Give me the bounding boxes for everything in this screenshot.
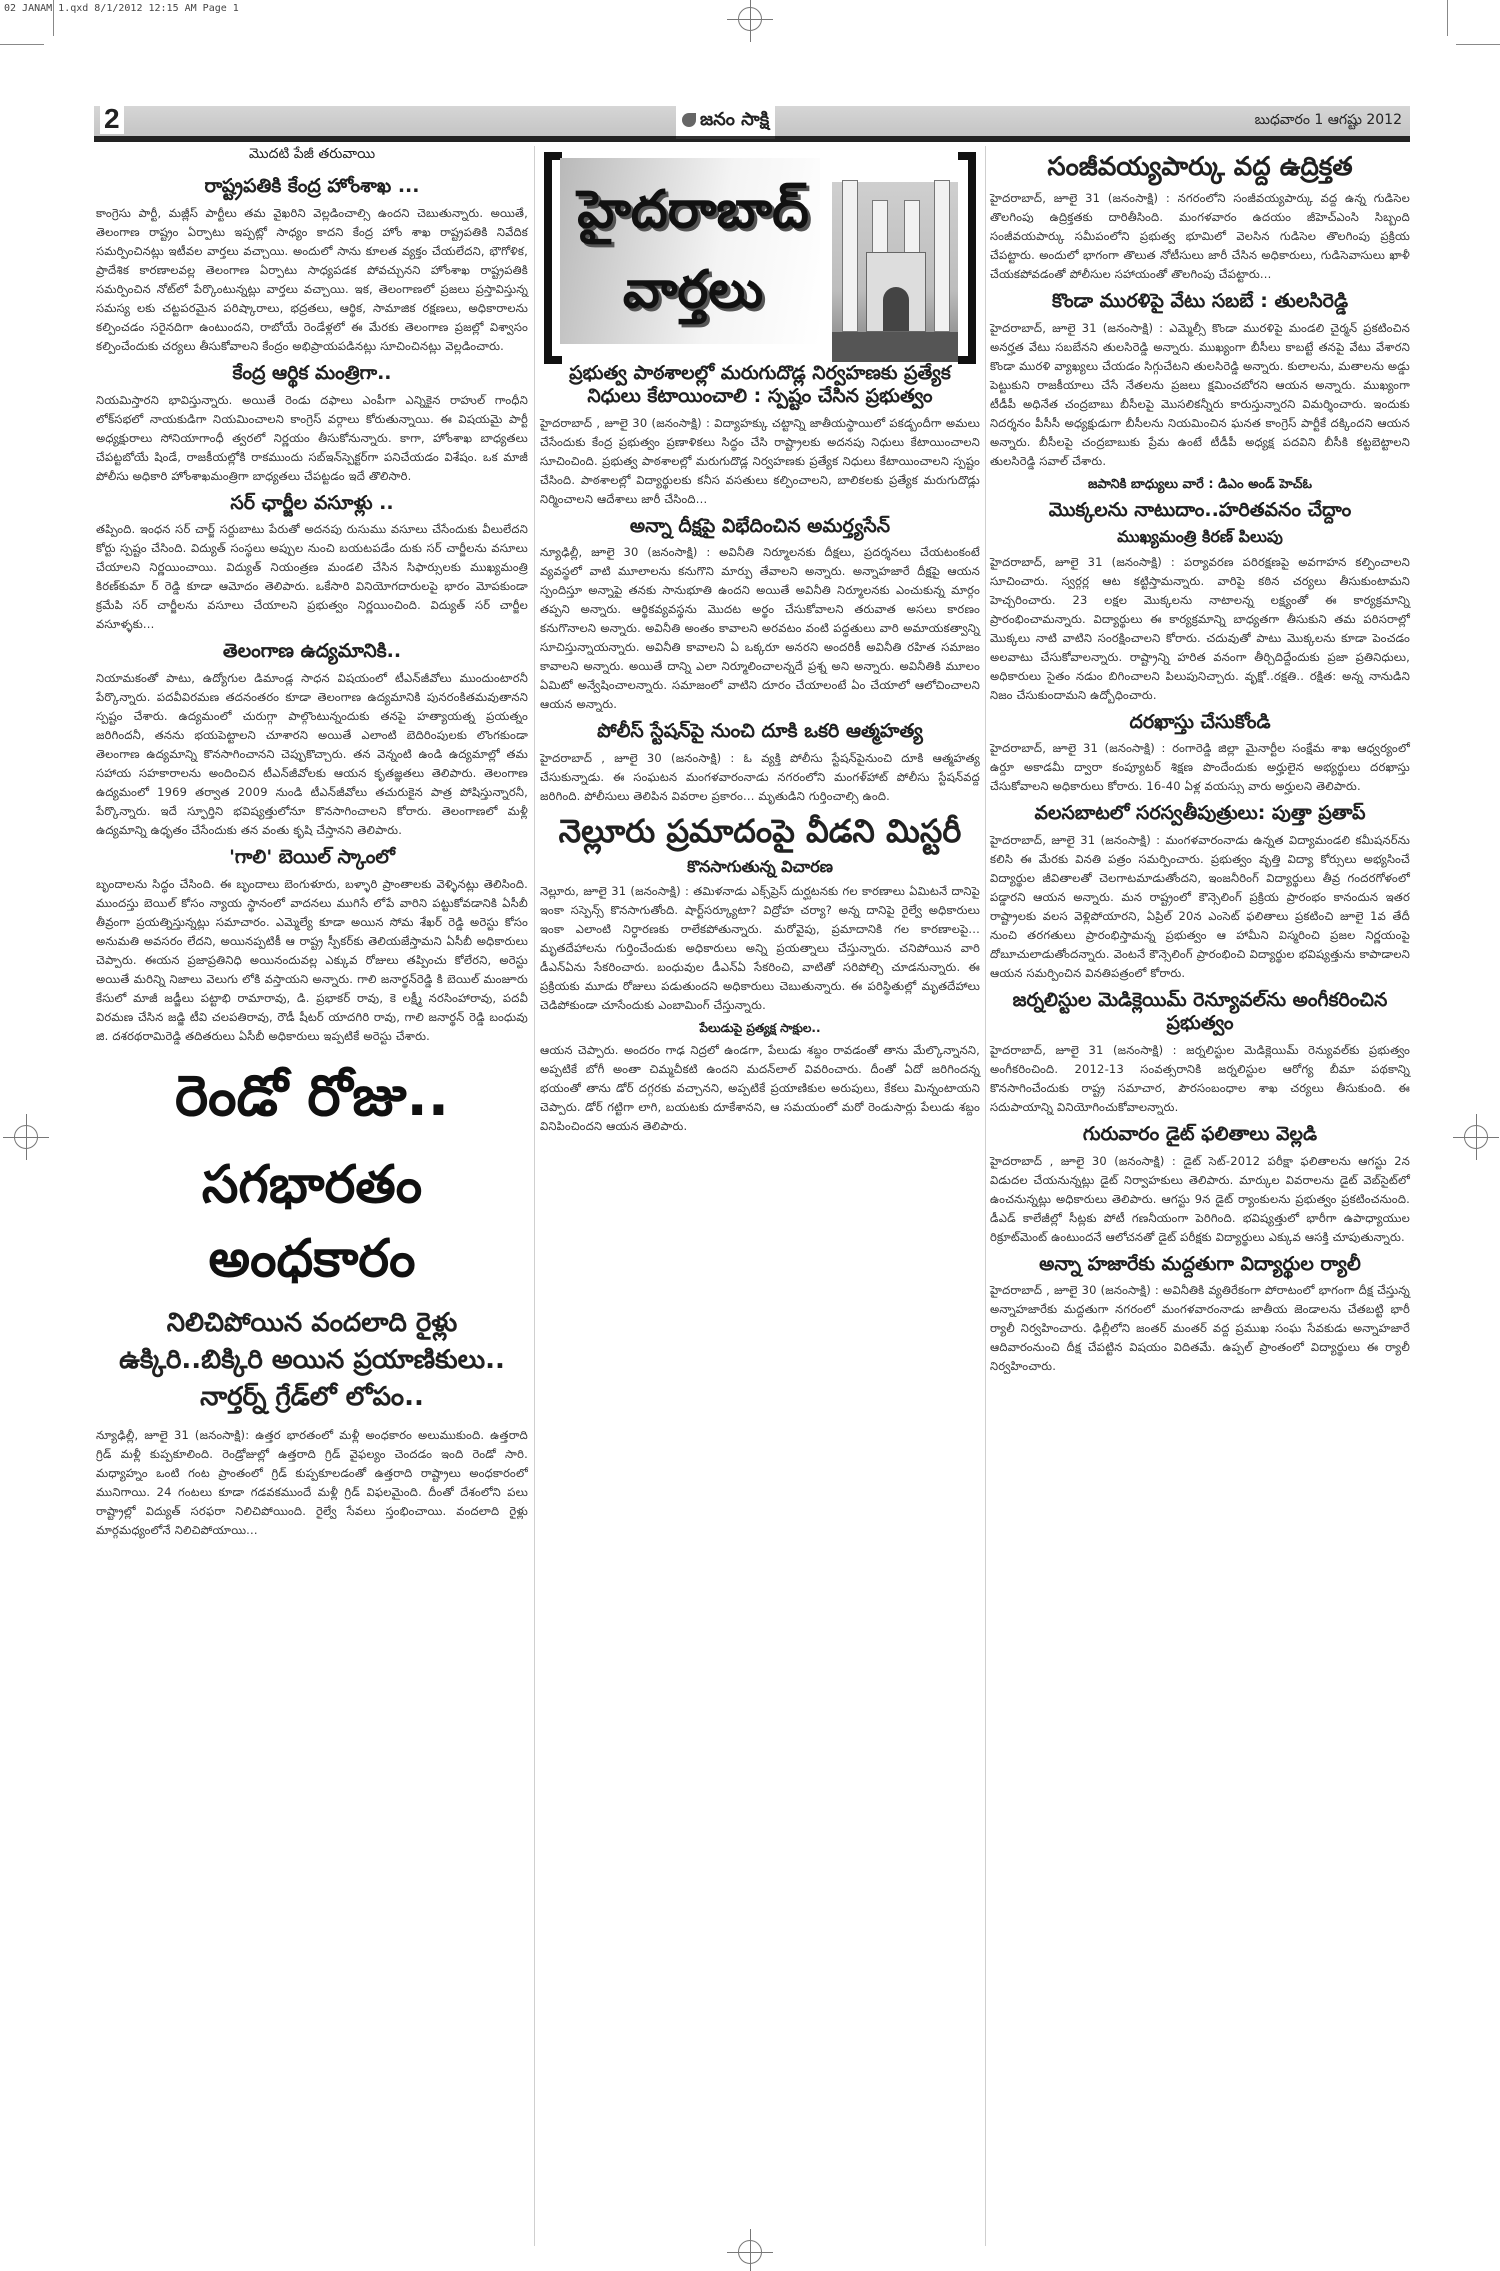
- article: నెల్లూరు ప్రమాదంపై వీడని మిస్టరీ కొనసాగు…: [540, 812, 980, 1015]
- lead-body: న్యూఢిల్లీ, జూలై 31 (జనంసాక్షి): ఉత్తర భ…: [96, 1426, 528, 1540]
- column-divider: [534, 146, 535, 2246]
- article: దరఖాస్తు చేసుకోండి హైదరాబాద్, జూలై 31 (జ…: [990, 711, 1410, 797]
- article-body: హైదరాబాద్, జూలై 31 (జనంసాక్షి) : జర్నలిస…: [990, 1041, 1410, 1117]
- article-headline: నెల్లూరు ప్రమాదంపై వీడని మిస్టరీ: [540, 812, 980, 850]
- article-headline: 'గాలి' బెయిల్ స్కాంలో: [96, 846, 528, 869]
- article-headline: పోలీస్ స్టేషన్‌పై నుంచి దూకి ఒకరి ఆత్మహత…: [540, 720, 980, 743]
- lead-headline-line1: రెండో రోజు..: [96, 1060, 528, 1134]
- issue-date: బుధవారం 1 ఆగష్టు 2012: [1255, 112, 1402, 131]
- charminar-photo: [832, 182, 958, 362]
- registration-mark-icon: [738, 7, 762, 31]
- article-body: న్యూఢిల్లీ, జూలై 30 (జనంసాక్షి) : అవినీత…: [540, 543, 980, 714]
- column-divider: [985, 146, 986, 2246]
- article-body: బృందాలను సిద్ధం చేసింది. ఈ బృందాలు బెంగు…: [96, 875, 528, 1046]
- article: 'గాలి' బెయిల్ స్కాంలో బృందాలను సిద్ధం చే…: [96, 846, 528, 1046]
- article-headline: మొక్కలను నాటుదాం..హరితవనం చేద్దాం: [990, 499, 1410, 522]
- article: ప్రభుత్వ పాఠశాలల్లో మరుగుదొడ్ల నిర్వహణకు…: [540, 362, 980, 509]
- lead-headline-line2: సగభారతం అంధకారం: [96, 1148, 528, 1296]
- article-body: హైదరాబాద్, జూలై 31 (జనంసాక్షి) : రంగారెడ…: [990, 739, 1410, 796]
- article: తెలంగాణ ఉద్యమానికి.. నియామకంతో పాటు, ఉద్…: [96, 640, 528, 840]
- article-headline: సంజీవయ్యపార్కు వద్ద ఉద్రిక్తత: [990, 152, 1410, 183]
- article: కేంద్ర ఆర్థిక మంత్రిగా.. నియమిస్తారని భా…: [96, 362, 528, 486]
- article-headline: వలసబాటలో సరస్వతీపుత్రులు: పుత్తా ప్రతాప్: [990, 802, 1410, 825]
- logo-emblem-icon: [682, 113, 696, 127]
- crop-mark: [53, 0, 54, 36]
- article-headline: రాష్ట్రపతికి కేంద్ర హోంశాఖ ...: [96, 175, 528, 198]
- article-headline: కొండా మురళిపై వేటు సబబే : తులసిరెడ్డి: [990, 290, 1410, 313]
- lead-subheadline: నార్తర్న్ గ్రేడ్‌లో లోపం..: [96, 1382, 528, 1413]
- article-body: ఆయన చెప్పారు. అందరం గాఢ నిద్రలో ఉండగా, ప…: [540, 1041, 980, 1136]
- newspaper-logo: జనం సాక్షి: [676, 106, 775, 139]
- bracket-right-icon: [958, 152, 976, 364]
- lead-subheadline: ఉక్కిరి..బిక్కిరి అయిన ప్రయాణికులు..: [96, 1345, 528, 1376]
- article-body: హైదరాబాద్ , జూలై 30 (జనంసాక్షి) : విద్యా…: [540, 414, 980, 509]
- article: వలసబాటలో సరస్వతీపుత్రులు: పుత్తా ప్రతాప్…: [990, 802, 1410, 983]
- article: కొండా మురళిపై వేటు సబబే : తులసిరెడ్డి హై…: [990, 290, 1410, 492]
- registration-mark-icon: [1464, 1125, 1488, 1149]
- print-slug: 02 JANAM 1.qxd 8/1/2012 12:15 AM Page 1: [4, 3, 239, 14]
- article-body: నియమిస్తారని భావిస్తున్నారు. అయితే రెండు…: [96, 391, 528, 486]
- article-headline: అన్నా దీక్షపై విభేదించిన అమర్త్యసేన్: [540, 515, 980, 538]
- article: సంజీవయ్యపార్కు వద్ద ఉద్రిక్తత హైదరాబాద్,…: [990, 152, 1410, 284]
- left-column: మొదటి పేజీ తరువాయి రాష్ట్రపతికి కేంద్ర హ…: [96, 146, 528, 1546]
- article-body: హైదరాబాద్, జూలై 31 (జనంసాక్షి) : నగరంలోన…: [990, 189, 1410, 284]
- article: అన్నా హజారేకు మద్దతుగా విద్యార్థుల ర్యాల…: [990, 1253, 1410, 1377]
- article-headline: దరఖాస్తు చేసుకోండి: [990, 711, 1410, 734]
- article-body: హైదరాబాద్, జూలై 31 (జనంసాక్షి) : ఎమ్మెల్…: [990, 319, 1410, 471]
- lead-story: రెండో రోజు.. సగభారతం అంధకారం నిలిచిపోయిన…: [96, 1060, 528, 1540]
- lead-subheadline: నిలిచిపోయిన వందలాది రైళ్లు: [96, 1308, 528, 1339]
- article-body: హైదరాబాద్ , జూలై 30 (జనంసాక్షి) : అవినీత…: [990, 1281, 1410, 1376]
- article-subheading: జపానికి బాధ్యులు వారే : డిఎం అండ్ హెచ్ఓ: [990, 477, 1410, 493]
- article-body: తప్పింది. ఇంధన సర్ చార్జ్ సర్దుబాటు పేరు…: [96, 520, 528, 634]
- article-body: హైదరాబాద్, జూలై 31 (జనంసాక్షి) : పర్యావర…: [990, 553, 1410, 705]
- article-body: కాంగ్రెసు పార్టీ, మజ్లీస్ పార్టీలు తమ వై…: [96, 204, 528, 356]
- article: పేలుడుపై ప్రత్యక్ష సాక్షుల.. ఆయన చెప్పార…: [540, 1021, 980, 1136]
- article: పోలీస్ స్టేషన్‌పై నుంచి దూకి ఒకరి ఆత్మహత…: [540, 720, 980, 806]
- article: అన్నా దీక్షపై విభేదించిన అమర్త్యసేన్ న్య…: [540, 515, 980, 715]
- article-headline: జర్నలిస్టుల మెడిక్లెయిమ్ రెన్యూవల్‌ను అం…: [990, 989, 1410, 1035]
- crop-mark: [1456, 44, 1500, 45]
- article-body: హైదరాబాద్ , జూలై 30 (జనంసాక్షి) : డైట్ స…: [990, 1152, 1410, 1247]
- article-body: హైదరాబాద్, జూలై 31 (జనంసాక్షి) : మంగళవార…: [990, 831, 1410, 983]
- middle-column: హైదరాబాద్ వార్తలు ప్రభుత్వ పాఠశాలల్లో మర…: [540, 146, 980, 1142]
- article-headline: ప్రభుత్వ పాఠశాలల్లో మరుగుదొడ్ల నిర్వహణకు…: [540, 362, 980, 408]
- article-body: నెల్లూరు, జూలై 31 (జనంసాక్షి) : తమిళనాడు…: [540, 882, 980, 1015]
- article: సర్ ఛార్జీల వసూళ్లు .. తప్పింది. ఇంధన సర…: [96, 492, 528, 635]
- article-headline: అన్నా హజారేకు మద్దతుగా విద్యార్థుల ర్యాల…: [990, 1253, 1410, 1276]
- crop-mark: [0, 44, 44, 45]
- article-subheading: పేలుడుపై ప్రత్యక్ష సాక్షుల..: [540, 1021, 980, 1035]
- banner-title: హైదరాబాద్ వార్తలు: [568, 170, 818, 330]
- article-headline: తెలంగాణ ఉద్యమానికి..: [96, 640, 528, 663]
- continued-from-front-label: మొదటి పేజీ తరువాయి: [96, 146, 528, 165]
- page-number: 2: [100, 104, 124, 134]
- article: రాష్ట్రపతికి కేంద్ర హోంశాఖ ... కాంగ్రెసు…: [96, 175, 528, 356]
- right-column: సంజీవయ్యపార్కు వద్ద ఉద్రిక్తత హైదరాబాద్,…: [990, 146, 1410, 1382]
- article-subheadline: ముఖ్యమంత్రి కిరణ్ పిలుపు: [990, 527, 1410, 546]
- logo-text: జనం సాక్షి: [700, 109, 769, 130]
- article-headline: సర్ ఛార్జీల వసూళ్లు ..: [96, 492, 528, 515]
- crop-mark: [1447, 0, 1448, 36]
- registration-mark-icon: [738, 2240, 762, 2264]
- article: గురువారం డైట్ ఫలితాలు వెల్లడి హైదరాబాద్ …: [990, 1123, 1410, 1247]
- article-body: నియామకంతో పాటు, ఉద్యోగుల డిమాండ్ల సాధన వ…: [96, 669, 528, 840]
- hyderabad-news-banner: హైదరాబాద్ వార్తలు: [540, 152, 980, 352]
- article-body: హైదరాబాద్ , జూలై 30 (జనంసాక్షి) : ఓ వ్యక…: [540, 749, 980, 806]
- article-headline: కేంద్ర ఆర్థిక మంత్రిగా..: [96, 362, 528, 385]
- article-headline: గురువారం డైట్ ఫలితాలు వెల్లడి: [990, 1123, 1410, 1146]
- registration-mark-icon: [14, 1125, 38, 1149]
- article: జర్నలిస్టుల మెడిక్లెయిమ్ రెన్యూవల్‌ను అం…: [990, 989, 1410, 1117]
- article-subheadline: కొనసాగుతున్న విచారణ: [540, 857, 980, 876]
- page-masthead: 2 జనం సాక్షి బుధవారం 1 ఆగష్టు 2012: [94, 106, 1410, 142]
- article: మొక్కలను నాటుదాం..హరితవనం చేద్దాం ముఖ్యమ…: [990, 499, 1410, 705]
